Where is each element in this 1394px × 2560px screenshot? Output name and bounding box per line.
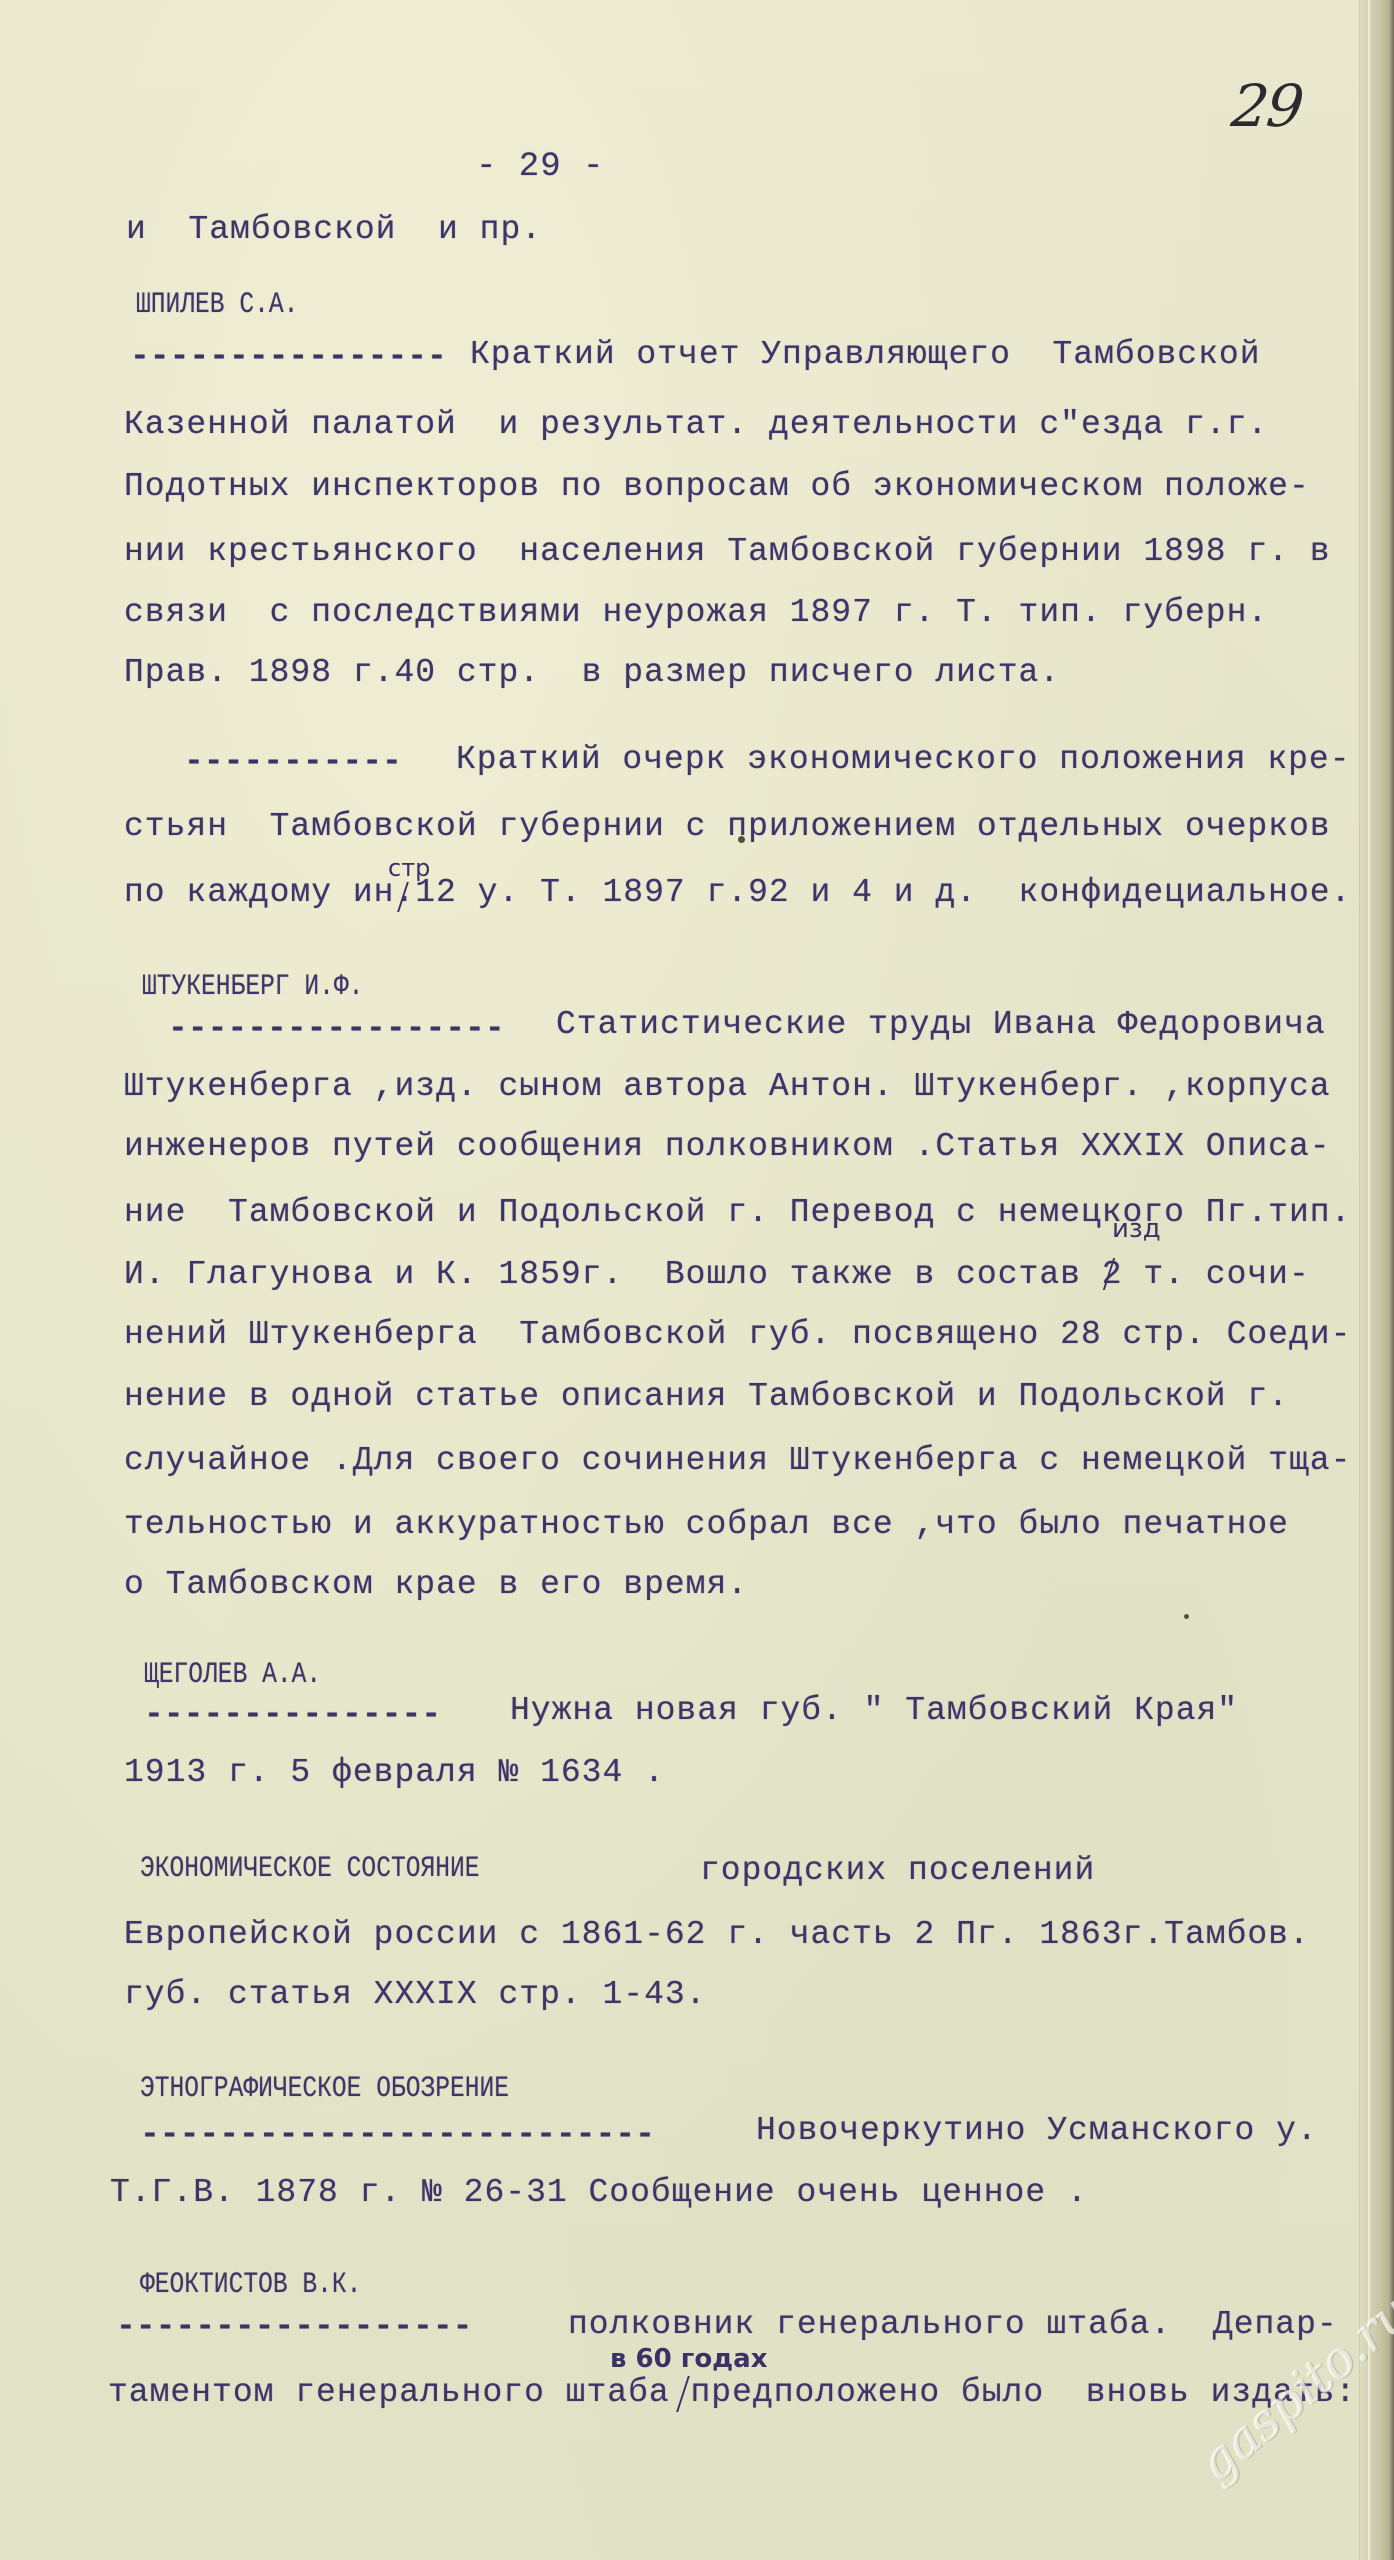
- paper-speck: [738, 836, 745, 843]
- entry-author: ЭТНОГРАФИЧЕСКОЕ ОБОЗРЕНИЕ: [140, 2074, 509, 2104]
- entry-line: городских поселений: [700, 1854, 1095, 1887]
- entry-line: полковник генерального штаба. Депар-: [568, 2308, 1338, 2341]
- entry-line: губ. статья XXXIX стр. 1-43.: [124, 1978, 707, 2011]
- entry-line: Статистические труды Ивана Федоровича: [556, 1008, 1326, 1041]
- entry-author: ШТУКЕНБЕРГ И.Ф.: [142, 972, 363, 1002]
- entry-author: ШПИЛЕВ С.А.: [136, 290, 298, 320]
- entry-line: связи с последствиями неурожая 1897 г. Т…: [124, 596, 1268, 629]
- folio-number: 29: [1228, 72, 1305, 140]
- entry-line: Новочеркутино Усманского у.: [756, 2114, 1318, 2147]
- document-page: 29 - 29 - и Тамбовской и пр. ШПИЛЕВ С.А.…: [0, 0, 1394, 2560]
- entry-line: Краткий очерк экономического положения к…: [456, 743, 1351, 776]
- entry-line: Нужна новая губ. " Тамбовский Края": [510, 1694, 1238, 1727]
- entry-line: Европейской россии с 1861-62 г. часть 2 …: [124, 1918, 1310, 1951]
- entry-line: ние Тамбовской и Подольской г. Перевод с…: [124, 1196, 1351, 1229]
- entry-line: о Тамбовском крае в его время.: [124, 1568, 748, 1601]
- entry-line: по каждому ин.12 у. Т. 1897 г.92 и 4 и д…: [124, 876, 1351, 909]
- entry-line: 1913 г. 5 февраля № 1634 .: [124, 1756, 665, 1789]
- handwritten-insert: изд: [1112, 1216, 1161, 1242]
- entry-line: Прав. 1898 г.40 стр. в размер писчего ли…: [124, 656, 1060, 689]
- entry-line: нии крестьянского населения Тамбовской г…: [124, 535, 1331, 568]
- entry-line: Штукенберга ,изд. сыном автора Антон. Шт…: [124, 1070, 1331, 1103]
- entry-line: Казенной палатой и результат. деятельнос…: [124, 408, 1268, 441]
- entry-line: таментом генерального штаба предположено…: [108, 2376, 1356, 2409]
- handwritten-insert: в 60 годах: [610, 2346, 768, 2372]
- continuation-line: и Тамбовской и пр.: [126, 213, 542, 246]
- entry-line: Т.Г.В. 1878 г. № 26-31 Сообщение очень ц…: [110, 2176, 1088, 2209]
- page-number: - 29 -: [476, 150, 604, 184]
- entry-author: ЭКОНОМИЧЕСКОЕ СОСТОЯНИЕ: [140, 1854, 480, 1884]
- entry-dashes: --------------------------: [140, 2118, 655, 2151]
- entry-line: И. Глагунова и К. 1859г. Вошло также в с…: [124, 1258, 1310, 1291]
- entry-dashes: ------------------: [116, 2310, 472, 2343]
- entry-line: нение в одной статье описания Тамбовской…: [124, 1380, 1289, 1413]
- entry-dashes: -----------------: [168, 1012, 505, 1045]
- entry-dashes: ---------------: [144, 1698, 441, 1731]
- page-binding-edge: [1359, 0, 1394, 2560]
- entry-line: Краткий отчет Управляющего Тамбовской: [470, 338, 1261, 371]
- entry-dashes: ----------------: [130, 340, 447, 373]
- entry-line: Подотных инспекторов по вопросам об экон…: [124, 470, 1310, 503]
- entry-author: ФЕОКТИСТОВ В.К.: [140, 2270, 361, 2300]
- entry-line: нений Штукенберга Тамбовской губ. посвящ…: [124, 1318, 1351, 1351]
- paper-speck: [1184, 1614, 1189, 1619]
- entry-line: случайное .Для своего сочинения Штукенбе…: [124, 1444, 1351, 1477]
- entry-author: ЩЕГОЛЕВ А.А.: [144, 1660, 321, 1690]
- entry-line: тельностью и аккуратностью собрал все ,ч…: [124, 1508, 1289, 1541]
- entry-dashes: -----------: [184, 745, 402, 778]
- entry-line: стьян Тамбовской губернии с приложением …: [124, 810, 1331, 843]
- entry-line: инженеров путей сообщения полковником .С…: [124, 1130, 1331, 1163]
